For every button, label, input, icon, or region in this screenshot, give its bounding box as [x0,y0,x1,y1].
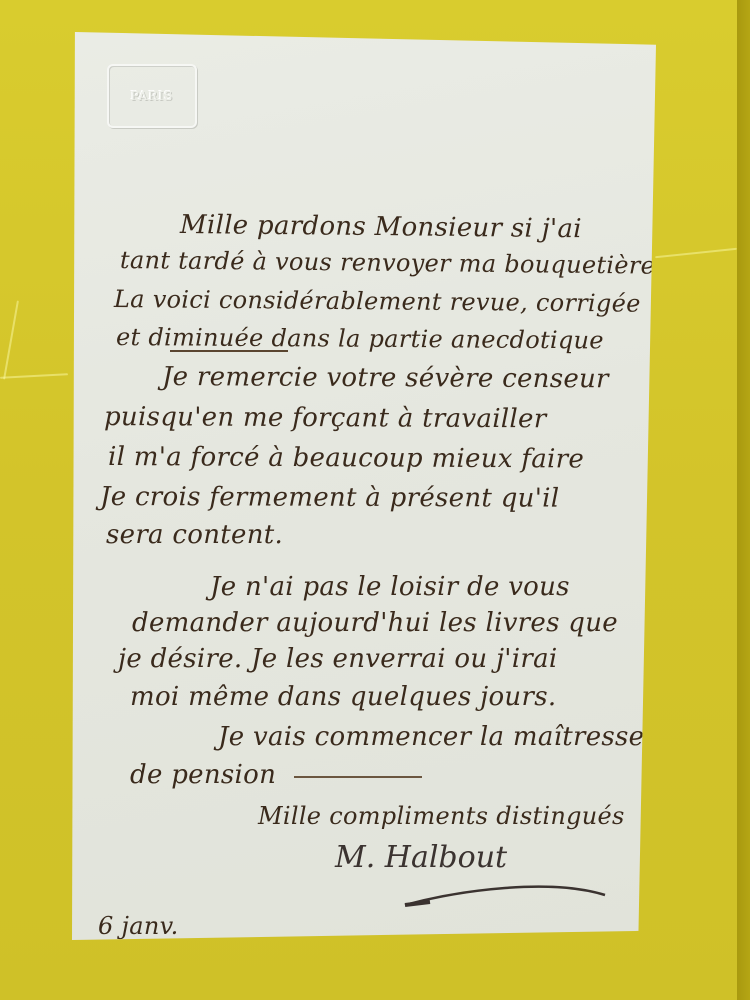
letter-line: Je n'ai pas le loisir de vous [210,572,570,602]
letter-paper: PARIS Mille pardons Monsieur si j'ai tan… [72,32,656,940]
letter-line: sera content. [106,520,283,550]
signature-flourish [400,870,620,910]
letter-line: Je vais commencer la maîtresse [218,722,644,752]
paris-emboss-stamp: PARIS [107,64,197,128]
letter-line: tant tardé à vous renvoyer ma bouquetièr… [120,246,655,280]
letter-date: 6 janv. [98,912,179,940]
letter-line: Je remercie votre sévère censeur [162,362,609,394]
letter-line: il m'a forcé à beaucoup mieux faire [108,442,584,474]
letter-line: moi même dans quelques jours. [130,682,556,712]
letter-line: Mille pardons Monsieur si j'ai [180,210,582,244]
letter-line: je désire. Je les enverrai ou j'irai [118,644,558,674]
letter-line: Je crois fermement à présent qu'il [100,482,560,514]
letter-line: La voici considérablement revue, corrigé… [114,285,641,318]
letter-line: Mille compliments distingués [258,802,625,830]
letter-line: puisqu'en me forçant à travailler [104,402,547,434]
emboss-text: PARIS [131,89,174,103]
background-edge-strip [737,0,750,1000]
underline [170,350,288,352]
dash-rule [294,776,422,778]
letter-line: demander aujourd'hui les livres que [132,608,618,638]
letter-line: de pension [130,760,276,790]
